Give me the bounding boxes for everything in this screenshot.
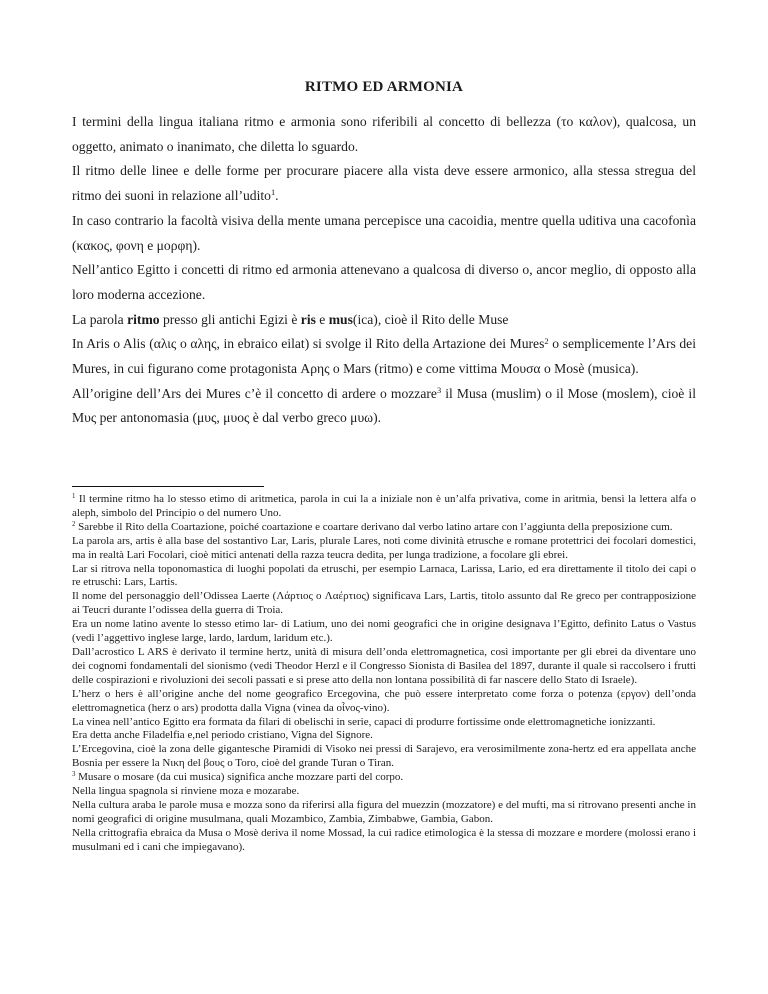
footnote-paragraph: La parola ars, artis è alla base del sos…	[72, 535, 696, 563]
footnote-paragraph: L’Ercegovina, cioè la zona delle gigante…	[72, 743, 696, 771]
footnote-paragraph: Lar si ritrova nella toponomastica di lu…	[72, 563, 696, 591]
body-paragraph: In Aris o Alis (αλις o αλης, in ebraico …	[72, 332, 696, 381]
footnote-paragraph: Nella crittografia ebraica da Musa o Mos…	[72, 827, 696, 855]
text-run: I termini della lingua italiana ritmo e …	[72, 114, 696, 154]
text-run: Musare o mosare (da cui musica) signific…	[75, 771, 403, 783]
text-run: Era un nome latino avente lo stesso etim…	[72, 618, 696, 644]
text-run: Sarebbe il Rito della Coartazione, poich…	[75, 521, 672, 533]
document-page: RITMO ED ARMONIA I termini della lingua …	[0, 0, 768, 994]
text-run: Il termine ritmo ha lo stesso etimo di a…	[72, 493, 696, 519]
text-run: e	[316, 312, 329, 327]
body-paragraph: Il ritmo delle linee e delle forme per p…	[72, 159, 696, 208]
footnote-reference: 1	[72, 493, 75, 500]
document-body: I termini della lingua italiana ritmo e …	[72, 110, 696, 431]
footnote-paragraph: 3 Musare o mosare (da cui musica) signif…	[72, 771, 696, 785]
body-paragraph: I termini della lingua italiana ritmo e …	[72, 110, 696, 159]
footnote-paragraph: Era un nome latino avente lo stesso etim…	[72, 618, 696, 646]
text-run: La parola ars, artis è alla base del sos…	[72, 535, 696, 561]
text-run: Dall’acrostico L ARS è derivato il termi…	[72, 646, 696, 686]
footnote-paragraph: 2 Sarebbe il Rito della Coartazione, poi…	[72, 521, 696, 535]
text-run: ris	[301, 312, 316, 327]
footnote-separator	[72, 486, 264, 487]
body-paragraph: La parola ritmo presso gli antichi Egizi…	[72, 308, 696, 333]
footnote-paragraph: L’herz o hers è all’origine anche del no…	[72, 688, 696, 716]
body-paragraph: All’origine dell’Ars dei Mures c’è il co…	[72, 382, 696, 431]
footnote-reference: 2	[72, 521, 75, 528]
text-run: mus	[329, 312, 353, 327]
footnote-paragraph: 1 Il termine ritmo ha lo stesso etimo di…	[72, 493, 696, 521]
text-run: All’origine dell’Ars dei Mures c’è il co…	[72, 386, 437, 401]
footnotes-section: 1 Il termine ritmo ha lo stesso etimo di…	[72, 486, 696, 855]
text-run: (ica), cioè il Rito delle Muse	[353, 312, 509, 327]
text-run: Lar si ritrova nella toponomastica di lu…	[72, 563, 696, 589]
footnote-paragraph: Nella cultura araba le parole musa e moz…	[72, 799, 696, 827]
text-run: In caso contrario la facoltà visiva dell…	[72, 213, 696, 253]
footnote-reference: 3	[72, 771, 75, 778]
footnote-paragraph: Nella lingua spagnola si rinviene moza e…	[72, 785, 696, 799]
footnote-reference: 2	[544, 336, 548, 346]
footnotes-text: 1 Il termine ritmo ha lo stesso etimo di…	[72, 493, 696, 855]
text-run: .	[275, 188, 278, 203]
text-run: Nell’antico Egitto i concetti di ritmo e…	[72, 262, 696, 302]
text-run: In Aris o Alis (αλις o αλης, in ebraico …	[72, 336, 544, 351]
footnote-reference: 1	[271, 187, 275, 197]
footnote-paragraph: Dall’acrostico L ARS è derivato il termi…	[72, 646, 696, 688]
text-run: La vinea nell’antico Egitto era formata …	[72, 716, 655, 728]
text-run: Il nome del personaggio dell’Odissea Lae…	[72, 590, 696, 616]
text-run: Nella cultura araba le parole musa e moz…	[72, 799, 696, 825]
footnote-paragraph: Era detta anche Filadelfia e,nel periodo…	[72, 729, 696, 743]
body-paragraph: In caso contrario la facoltà visiva dell…	[72, 209, 696, 258]
document-title: RITMO ED ARMONIA	[72, 79, 696, 96]
text-run: Il ritmo delle linee e delle forme per p…	[72, 163, 696, 203]
text-run: ritmo	[127, 312, 159, 327]
text-run: Nella lingua spagnola si rinviene moza e…	[72, 785, 299, 797]
text-run: presso gli antichi Egizi è	[160, 312, 301, 327]
text-run: Era detta anche Filadelfia e,nel periodo…	[72, 729, 373, 741]
footnote-paragraph: Il nome del personaggio dell’Odissea Lae…	[72, 590, 696, 618]
body-paragraph: Nell’antico Egitto i concetti di ritmo e…	[72, 258, 696, 307]
footnote-reference: 3	[437, 385, 441, 395]
text-run: Nella crittografia ebraica da Musa o Mos…	[72, 827, 696, 853]
footnote-paragraph: La vinea nell’antico Egitto era formata …	[72, 716, 696, 730]
text-run: L’Ercegovina, cioè la zona delle gigante…	[72, 743, 696, 769]
text-run: L’herz o hers è all’origine anche del no…	[72, 688, 696, 714]
text-run: La parola	[72, 312, 127, 327]
